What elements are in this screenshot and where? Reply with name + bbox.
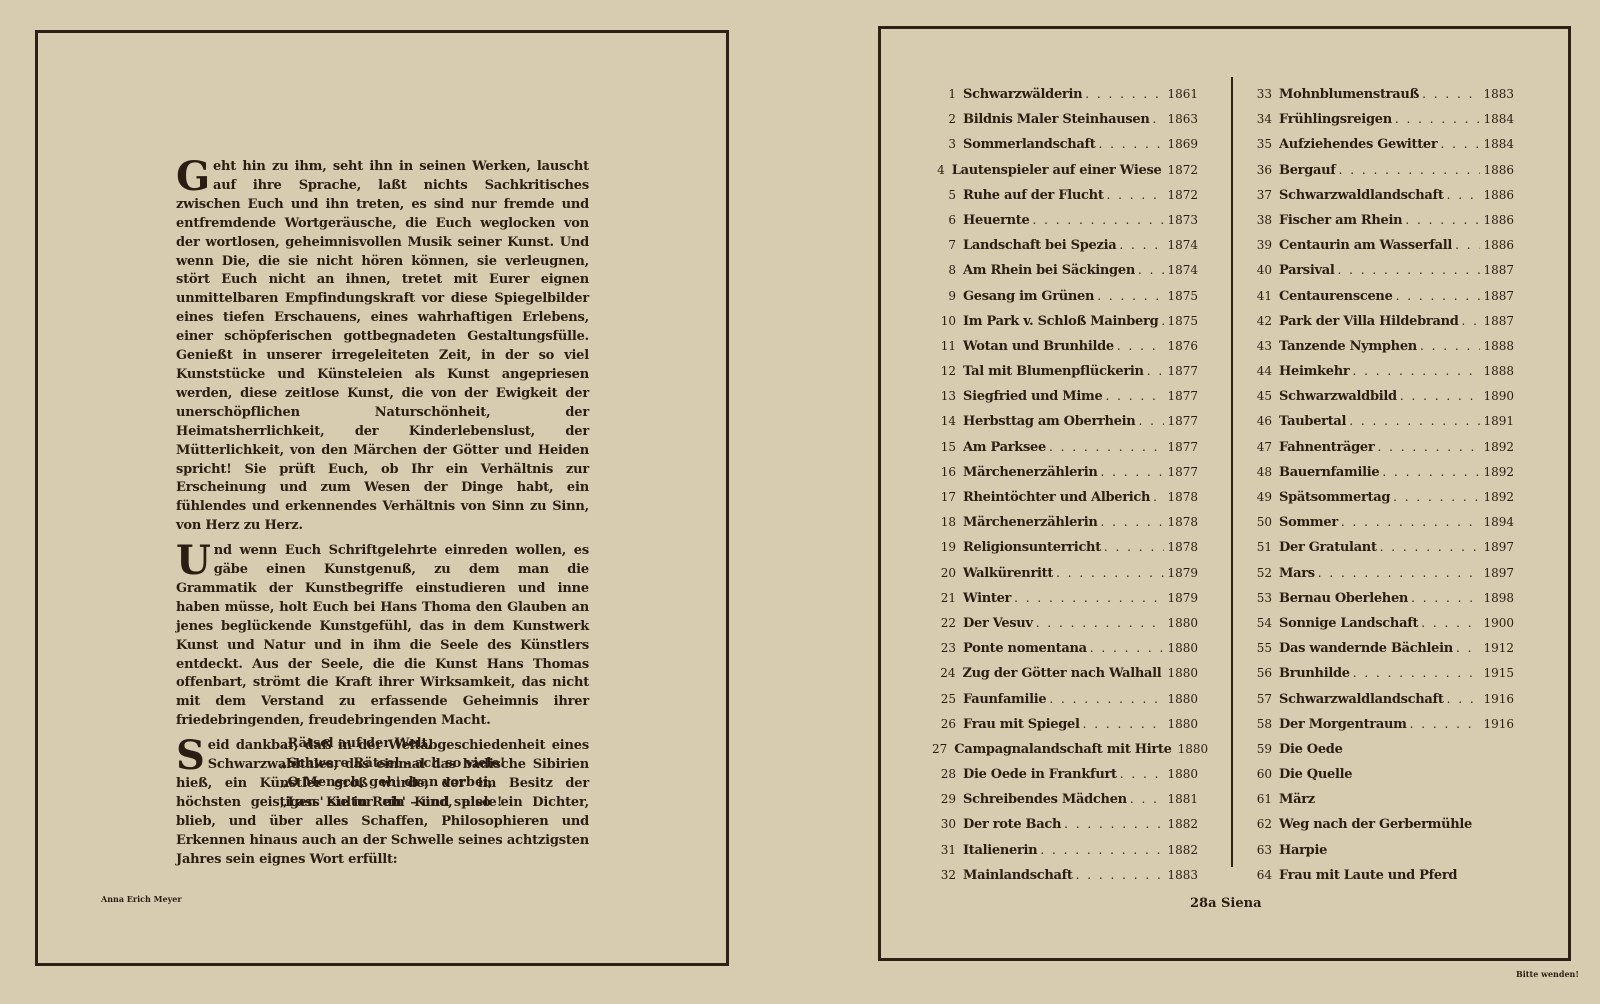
work-year: 1882	[1167, 817, 1198, 831]
leader-dots	[1455, 238, 1480, 252]
leader-dots	[1120, 767, 1165, 781]
work-title: Centaurenscene	[1279, 289, 1393, 304]
work-number: 51	[1248, 540, 1272, 554]
leader-dots	[1161, 314, 1164, 328]
leader-dots	[1049, 692, 1164, 706]
work-year: 1880	[1167, 616, 1198, 630]
work-number: 3	[932, 137, 956, 151]
work-title: Centaurin am Wasserfall	[1279, 238, 1452, 253]
work-number: 24	[932, 666, 955, 680]
work-list-item: 56Brunhilde1915	[1248, 666, 1514, 691]
work-list-item: 12Tal mit Blumenpflückerin1877	[932, 364, 1198, 389]
poem-line: „Schwere Rätsel – ach so viele!	[280, 754, 600, 774]
work-list-item: 3Sommerlandschaft1869	[932, 137, 1198, 162]
leader-dots	[1153, 112, 1165, 126]
work-title: Frühlingsreigen	[1279, 112, 1392, 127]
work-year: 1879	[1167, 566, 1198, 580]
work-title: Der Gratulant	[1279, 540, 1377, 555]
work-number: 9	[932, 289, 956, 303]
work-title: Heimkehr	[1279, 364, 1349, 379]
work-title: Mohnblumenstrauß	[1279, 87, 1419, 102]
work-title: Die Quelle	[1279, 767, 1352, 782]
work-number: 39	[1248, 238, 1272, 252]
work-list-item: 35Aufziehendes Gewitter1884	[1248, 137, 1514, 162]
work-list-item: 53Bernau Oberlehen1898	[1248, 591, 1514, 616]
essay-paragraph-1: Geht hin zu ihm, seht ihn in seinen Werk…	[176, 158, 589, 536]
work-title: Mainlandschaft	[963, 868, 1073, 883]
leader-dots	[1462, 314, 1481, 328]
work-list-item: 16Märchenerzählerin1877	[932, 465, 1198, 490]
work-title: Weg nach der Gerbermühle	[1279, 817, 1472, 832]
work-list-item: 28Die Oede in Frankfurt1880	[932, 767, 1198, 792]
work-number: 2	[932, 112, 956, 126]
work-list-item: 54Sonnige Landschaft1900	[1248, 616, 1514, 641]
work-title: Schwarzwaldlandschaft	[1279, 188, 1444, 203]
work-title: Landschaft bei Spezia	[963, 238, 1116, 253]
work-number: 25	[932, 692, 956, 706]
work-number: 52	[1248, 566, 1272, 580]
leader-dots	[1100, 515, 1164, 529]
work-number: 59	[1248, 742, 1272, 756]
leader-dots	[1393, 490, 1480, 504]
leader-dots	[1104, 540, 1165, 554]
work-title: Parsival	[1279, 263, 1334, 278]
work-number: 41	[1248, 289, 1272, 303]
work-list-item: 46Taubertal1891	[1248, 414, 1514, 439]
work-number: 26	[932, 717, 956, 731]
leader-dots	[1138, 263, 1164, 277]
leader-dots	[1040, 843, 1164, 857]
work-title: Tanzende Nymphen	[1279, 339, 1417, 354]
work-year: 1890	[1483, 389, 1514, 403]
work-year: 1884	[1483, 112, 1514, 126]
work-number: 22	[932, 616, 956, 630]
work-title: Tal mit Blumenpflückerin	[963, 364, 1144, 379]
leader-dots	[1341, 515, 1481, 529]
work-year: 1897	[1483, 540, 1514, 554]
leader-dots	[1099, 137, 1165, 151]
work-year: 1872	[1167, 188, 1198, 202]
work-year: 1876	[1167, 339, 1198, 353]
work-year: 1881	[1167, 792, 1198, 806]
work-list-item: 31Italienerin1882	[932, 843, 1198, 868]
work-title: Bildnis Maler Steinhausen	[963, 112, 1150, 127]
work-year: 1874	[1167, 238, 1198, 252]
work-number: 44	[1248, 364, 1272, 378]
work-list-item: 41Centaurenscene1887	[1248, 289, 1514, 314]
work-title: Im Park v. Schloß Mainberg	[963, 314, 1158, 329]
leader-dots	[1422, 87, 1480, 101]
work-year: 1892	[1483, 465, 1514, 479]
work-number: 29	[932, 792, 956, 806]
work-year: 1884	[1483, 137, 1514, 151]
work-title: Schwarzwälderin	[963, 87, 1082, 102]
work-year: 1880	[1167, 641, 1198, 655]
work-title: Bernau Oberlehen	[1279, 591, 1408, 606]
work-list-item: 63Harpie	[1248, 843, 1514, 868]
work-list-item: 51Der Gratulant1897	[1248, 540, 1514, 565]
work-number: 38	[1248, 213, 1272, 227]
work-number: 37	[1248, 188, 1272, 202]
work-year: 1874	[1167, 263, 1198, 277]
work-list-item: 40Parsival1887	[1248, 263, 1514, 288]
leader-dots	[1337, 263, 1480, 277]
plate-caption: 28a Siena	[1190, 896, 1262, 911]
work-title: Märchenerzählerin	[963, 515, 1097, 530]
leader-dots	[1153, 490, 1164, 504]
work-number: 1	[932, 87, 956, 101]
leader-dots	[1395, 112, 1481, 126]
work-title: Heuernte	[963, 213, 1029, 228]
works-list-right: 33Mohnblumenstrauß188334Frühlingsreigen1…	[1248, 87, 1514, 893]
work-title: Bauernfamilie	[1279, 465, 1379, 480]
work-list-item: 45Schwarzwaldbild1890	[1248, 389, 1514, 414]
work-year: 1888	[1483, 339, 1514, 353]
work-list-item: 42Park der Villa Hildebrand1887	[1248, 314, 1514, 339]
work-title: März	[1279, 792, 1315, 807]
work-year: 1875	[1167, 314, 1198, 328]
work-title: Taubertal	[1279, 414, 1346, 429]
work-list-item: 49Spätsommertag1892	[1248, 490, 1514, 515]
work-list-item: 36Bergauf1886	[1248, 163, 1514, 188]
leader-dots	[1036, 616, 1165, 630]
work-number: 7	[932, 238, 956, 252]
work-number: 19	[932, 540, 956, 554]
paragraph-text: eht hin zu ihm, seht ihn in seinen Werke…	[176, 159, 589, 533]
leader-dots	[1382, 465, 1480, 479]
work-title: Das wandernde Bächlein	[1279, 641, 1453, 656]
leader-dots	[1097, 289, 1164, 303]
work-title: Fischer am Rhein	[1279, 213, 1402, 228]
work-title: Sommerlandschaft	[963, 137, 1096, 152]
work-year: 1877	[1167, 440, 1198, 454]
work-list-item: 32Mainlandschaft1883	[932, 868, 1198, 893]
paragraph-text: nd wenn Euch Schriftgelehrte einreden wo…	[176, 543, 589, 728]
work-number: 5	[932, 188, 956, 202]
work-title: Winter	[963, 591, 1011, 606]
work-number: 35	[1248, 137, 1272, 151]
leader-dots	[1130, 792, 1165, 806]
work-number: 33	[1248, 87, 1272, 101]
work-year: 1897	[1483, 566, 1514, 580]
work-title: Der Morgentraum	[1279, 717, 1407, 732]
leader-dots	[1014, 591, 1164, 605]
work-title: Die Oede	[1279, 742, 1343, 757]
work-title: Schreibendes Mädchen	[963, 792, 1127, 807]
work-year: 1892	[1483, 440, 1514, 454]
dropcap: U	[176, 544, 211, 578]
leader-dots	[1447, 188, 1481, 202]
work-title: Am Rhein bei Säckingen	[963, 263, 1135, 278]
work-list-item: 9Gesang im Grünen1875	[932, 289, 1198, 314]
work-list-item: 30Der rote Bach1882	[932, 817, 1198, 842]
poem-quote: „Rätsel auf der Welt, „Schwere Rätsel – …	[280, 734, 600, 812]
work-title: Märchenerzählerin	[963, 465, 1097, 480]
work-year: 1880	[1167, 767, 1198, 781]
leader-dots	[1318, 566, 1481, 580]
work-year: 1900	[1483, 616, 1514, 630]
work-list-item: 55Das wandernde Bächlein1912	[1248, 641, 1514, 666]
work-year: 1877	[1167, 389, 1198, 403]
essay-paragraph-2: Und wenn Euch Schriftgelehrte einreden w…	[176, 542, 589, 731]
poem-line: „O Mensch, geh' dran vorbei,	[280, 773, 600, 793]
work-year: 1886	[1483, 213, 1514, 227]
leader-dots	[1400, 389, 1481, 403]
work-number: 57	[1248, 692, 1272, 706]
work-title: Park der Villa Hildebrand	[1279, 314, 1459, 329]
work-list-item: 25Faunfamilie1880	[932, 692, 1198, 717]
work-year: 1892	[1483, 490, 1514, 504]
work-year: 1880	[1167, 666, 1198, 680]
work-number: 40	[1248, 263, 1272, 277]
leader-dots	[1056, 566, 1164, 580]
work-year: 1883	[1483, 87, 1514, 101]
work-title: Fahnenträger	[1279, 440, 1374, 455]
leader-dots	[1377, 440, 1480, 454]
column-divider	[1231, 77, 1233, 867]
work-title: Harpie	[1279, 843, 1327, 858]
work-year: 1887	[1483, 314, 1514, 328]
work-number: 13	[932, 389, 956, 403]
work-number: 15	[932, 440, 956, 454]
work-year: 1880	[1178, 742, 1209, 756]
work-list-item: 61März	[1248, 792, 1514, 817]
work-title: Lautenspieler auf einer Wiese	[952, 163, 1162, 178]
leader-dots	[1117, 339, 1165, 353]
work-year: 1898	[1483, 591, 1514, 605]
work-number: 12	[932, 364, 956, 378]
work-list-item: 1Schwarzwälderin1861	[932, 87, 1198, 112]
work-title: Herbsttag am Oberrhein	[963, 414, 1135, 429]
work-list-item: 39Centaurin am Wasserfall1886	[1248, 238, 1514, 263]
leader-dots	[1119, 238, 1164, 252]
leader-dots	[1147, 364, 1165, 378]
leader-dots	[1032, 213, 1164, 227]
leader-dots	[1421, 616, 1480, 630]
work-list-item: 11Wotan und Brunhilde1876	[932, 339, 1198, 364]
work-number: 6	[932, 213, 956, 227]
work-year: 1882	[1167, 843, 1198, 857]
work-number: 42	[1248, 314, 1272, 328]
work-number: 18	[932, 515, 956, 529]
leader-dots	[1380, 540, 1481, 554]
work-number: 54	[1248, 616, 1272, 630]
work-title: Frau mit Spiegel	[963, 717, 1080, 732]
work-number: 32	[932, 868, 956, 882]
work-list-item: 50Sommer1894	[1248, 515, 1514, 540]
work-number: 8	[932, 263, 956, 277]
work-year: 1891	[1483, 414, 1514, 428]
work-number: 46	[1248, 414, 1272, 428]
work-year: 1916	[1483, 717, 1514, 731]
work-title: Italienerin	[963, 843, 1037, 858]
work-number: 17	[932, 490, 956, 504]
work-list-item: 6Heuernte1873	[932, 213, 1198, 238]
work-year: 1916	[1483, 692, 1514, 706]
work-list-item: 14Herbsttag am Oberrhein1877	[932, 414, 1198, 439]
work-title: Zug der Götter nach Walhall	[962, 666, 1161, 681]
work-list-item: 23Ponte nomentana1880	[932, 641, 1198, 666]
poem-line: „Rätsel auf der Welt,	[280, 734, 600, 754]
work-list-item: 21Winter1879	[932, 591, 1198, 616]
leader-dots	[1456, 641, 1481, 655]
work-title: Gesang im Grünen	[963, 289, 1094, 304]
work-year: 1887	[1483, 263, 1514, 277]
work-number: 4	[932, 163, 945, 177]
leader-dots	[1064, 817, 1164, 831]
work-list-item: 43Tanzende Nymphen1888	[1248, 339, 1514, 364]
work-number: 23	[932, 641, 956, 655]
work-number: 55	[1248, 641, 1272, 655]
work-list-item: 15Am Parksee1877	[932, 440, 1198, 465]
leader-dots	[1076, 868, 1165, 882]
work-list-item: 34Frühlingsreigen1884	[1248, 112, 1514, 137]
work-number: 63	[1248, 843, 1272, 857]
work-list-item: 27Campagnalandschaft mit Hirte1880	[932, 742, 1198, 767]
works-list-left: 1Schwarzwälderin18612Bildnis Maler Stein…	[932, 87, 1198, 893]
work-title: Mars	[1279, 566, 1315, 581]
work-title: Brunhilde	[1279, 666, 1350, 681]
leader-dots	[1100, 465, 1164, 479]
work-number: 20	[932, 566, 956, 580]
work-year: 1886	[1483, 188, 1514, 202]
work-title: Sonnige Landschaft	[1279, 616, 1418, 631]
work-title: Spätsommertag	[1279, 490, 1390, 505]
work-title: Schwarzwaldbild	[1279, 389, 1397, 404]
work-number: 30	[932, 817, 956, 831]
dropcap: S	[176, 739, 205, 773]
leader-dots	[1410, 717, 1481, 731]
work-year: 1877	[1167, 364, 1198, 378]
turn-page-note: Bitte wenden!	[1516, 969, 1579, 979]
work-number: 31	[932, 843, 956, 857]
leader-dots	[1440, 137, 1480, 151]
work-year: 1863	[1167, 112, 1198, 126]
leader-dots	[1352, 364, 1480, 378]
leader-dots	[1405, 213, 1480, 227]
work-number: 16	[932, 465, 956, 479]
work-list-item: 33Mohnblumenstrauß1883	[1248, 87, 1514, 112]
work-year: 1869	[1167, 137, 1198, 151]
work-year: 1880	[1167, 717, 1198, 731]
work-list-item: 64Frau mit Laute und Pferd	[1248, 868, 1514, 893]
leader-dots	[1085, 87, 1164, 101]
work-list-item: 57Schwarzwaldlandschaft1916	[1248, 692, 1514, 717]
work-year: 1873	[1167, 213, 1198, 227]
work-year: 1877	[1167, 465, 1198, 479]
work-list-item: 60Die Quelle	[1248, 767, 1514, 792]
work-year: 1888	[1483, 364, 1514, 378]
work-title: Siegfried und Mime	[963, 389, 1102, 404]
work-list-item: 22Der Vesuv1880	[932, 616, 1198, 641]
work-number: 21	[932, 591, 956, 605]
work-number: 11	[932, 339, 956, 353]
work-number: 47	[1248, 440, 1272, 454]
work-number: 56	[1248, 666, 1272, 680]
leader-dots	[1447, 692, 1481, 706]
work-title: Frau mit Laute und Pferd	[1279, 868, 1457, 883]
work-year: 1912	[1483, 641, 1514, 655]
work-title: Campagnalandschaft mit Hirte	[954, 742, 1171, 757]
leader-dots	[1396, 289, 1481, 303]
work-list-item: 38Fischer am Rhein1886	[1248, 213, 1514, 238]
work-list-item: 2Bildnis Maler Steinhausen1863	[932, 112, 1198, 137]
leader-dots	[1105, 389, 1164, 403]
work-list-item: 47Fahnenträger1892	[1248, 440, 1514, 465]
work-list-item: 29Schreibendes Mädchen1881	[932, 792, 1198, 817]
work-title: Der Vesuv	[963, 616, 1033, 631]
work-year: 1880	[1167, 692, 1198, 706]
work-title: Schwarzwaldlandschaft	[1279, 692, 1444, 707]
work-list-item: 4Lautenspieler auf einer Wiese1872	[932, 163, 1198, 188]
work-number: 50	[1248, 515, 1272, 529]
work-list-item: 59Die Oede	[1248, 742, 1514, 767]
leader-dots	[1083, 717, 1165, 731]
work-title: Religionsunterricht	[963, 540, 1101, 555]
work-year: 1915	[1483, 666, 1514, 680]
work-year: 1878	[1167, 490, 1198, 504]
work-title: Ruhe auf der Flucht	[963, 188, 1104, 203]
work-title: Am Parksee	[963, 440, 1046, 455]
work-number: 36	[1248, 163, 1272, 177]
work-number: 48	[1248, 465, 1272, 479]
work-list-item: 48Bauernfamilie1892	[1248, 465, 1514, 490]
work-list-item: 7Landschaft bei Spezia1874	[932, 238, 1198, 263]
work-list-item: 52Mars1897	[1248, 566, 1514, 591]
work-list-item: 19Religionsunterricht1878	[932, 540, 1198, 565]
work-number: 45	[1248, 389, 1272, 403]
work-year: 1878	[1167, 540, 1198, 554]
leader-dots	[1420, 339, 1481, 353]
work-list-item: 26Frau mit Spiegel1880	[932, 717, 1198, 742]
work-list-item: 17Rheintöchter und Alberich1878	[932, 490, 1198, 515]
work-number: 53	[1248, 591, 1272, 605]
work-year: 1887	[1483, 289, 1514, 303]
work-list-item: 58Der Morgentraum1916	[1248, 717, 1514, 742]
work-year: 1894	[1483, 515, 1514, 529]
work-year: 1878	[1167, 515, 1198, 529]
work-title: Walkürenritt	[963, 566, 1053, 581]
work-title: Der rote Bach	[963, 817, 1061, 832]
work-year: 1883	[1167, 868, 1198, 882]
work-list-item: 62Weg nach der Gerbermühle	[1248, 817, 1514, 842]
work-number: 28	[932, 767, 956, 781]
work-number: 10	[932, 314, 956, 328]
leader-dots	[1107, 188, 1165, 202]
work-number: 27	[932, 742, 947, 756]
work-list-item: 10Im Park v. Schloß Mainberg1875	[932, 314, 1198, 339]
leader-dots	[1138, 414, 1164, 428]
work-title: Sommer	[1279, 515, 1338, 530]
work-number: 60	[1248, 767, 1272, 781]
poem-line: „Lass' sie in Ruh' – und spiele!	[280, 793, 600, 813]
work-list-item: 13Siegfried und Mime1877	[932, 389, 1198, 414]
work-list-item: 20Walkürenritt1879	[932, 566, 1198, 591]
work-title: Wotan und Brunhilde	[963, 339, 1114, 354]
work-year: 1875	[1167, 289, 1198, 303]
work-number: 34	[1248, 112, 1272, 126]
leader-dots	[1411, 591, 1480, 605]
work-list-item: 37Schwarzwaldlandschaft1886	[1248, 188, 1514, 213]
work-title: Bergauf	[1279, 163, 1336, 178]
work-year: 1872	[1167, 163, 1198, 177]
work-title: Aufziehendes Gewitter	[1279, 137, 1437, 152]
work-list-item: 44Heimkehr1888	[1248, 364, 1514, 389]
work-list-item: 8Am Rhein bei Säckingen1874	[932, 263, 1198, 288]
work-number: 14	[932, 414, 956, 428]
work-year: 1886	[1483, 238, 1514, 252]
work-list-item: 5Ruhe auf der Flucht1872	[932, 188, 1198, 213]
